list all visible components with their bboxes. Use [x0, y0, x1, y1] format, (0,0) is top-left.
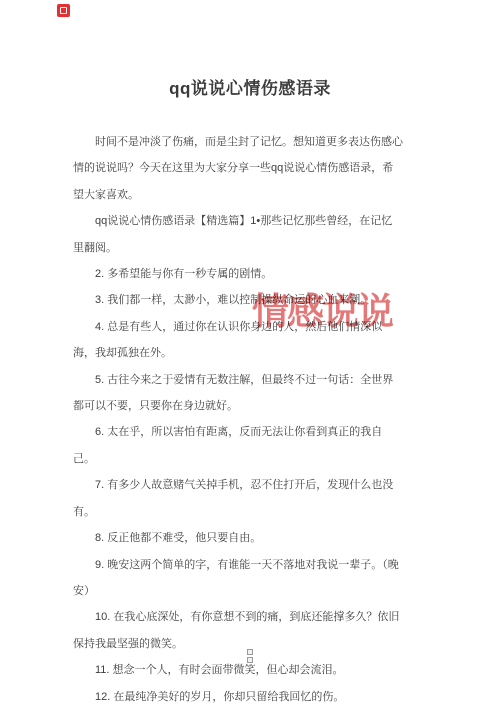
list-item-12: 12. 在最纯净美好的岁月，你却只留给我回忆的伤。 — [73, 684, 403, 708]
list-item-11: 11. 想念一个人，有时会面带微笑，但心却会流泪。 — [73, 657, 403, 683]
section-paragraph: qq说说心情伤感语录【精选篇】1•那些记忆那些曾经，在记忆里翻阅。 — [73, 208, 403, 261]
list-item-4: 4. 总是有些人，通过你在认识你身边的人，然后他们情深似海，我却孤独在外。 — [73, 314, 403, 367]
list-item-3: 3. 我们都一样，太渺小，难以控制操纵命运的心血来潮。 — [73, 287, 403, 313]
footer-box-top — [247, 649, 253, 655]
footer-box-bottom — [247, 657, 253, 663]
list-item-9: 9. 晚安这两个简单的字，有谁能一天不落地对我说一辈子。（晚安） — [73, 552, 403, 605]
list-item-5: 5. 古往今来之于爱情有无数注解，但最终不过一句话：全世界都可以不要，只要你在身… — [73, 367, 403, 420]
document-body: 时间不是冲淡了伤痛，而是尘封了记忆。想知道更多表达伤感心情的说说吗？今天在这里为… — [73, 129, 403, 708]
page-title: qq说说心情伤感语录 — [0, 78, 500, 99]
list-item-8: 8. 反正他都不难受，他只要自由。 — [73, 525, 403, 551]
stacked-boxes-icon — [247, 649, 253, 663]
brand-badge-icon — [57, 4, 70, 17]
list-item-7: 7. 有多少人故意赌气关掉手机，忍不住打开后，发现什么也没有。 — [73, 472, 403, 525]
list-item-10: 10. 在我心底深处，有你意想不到的痛，到底还能撑多久？依旧保持我最坚强的微笑。 — [73, 604, 403, 657]
document-page: qq说说心情伤感语录 时间不是冲淡了伤痛，而是尘封了记忆。想知道更多表达伤感心情… — [0, 0, 500, 708]
intro-paragraph: 时间不是冲淡了伤痛，而是尘封了记忆。想知道更多表达伤感心情的说说吗？今天在这里为… — [73, 129, 403, 208]
list-item-6: 6. 太在乎，所以害怕有距离，反而无法让你看到真正的我自己。 — [73, 419, 403, 472]
list-item-2: 2. 多希望能与你有一秒专属的剧情。 — [73, 261, 403, 287]
